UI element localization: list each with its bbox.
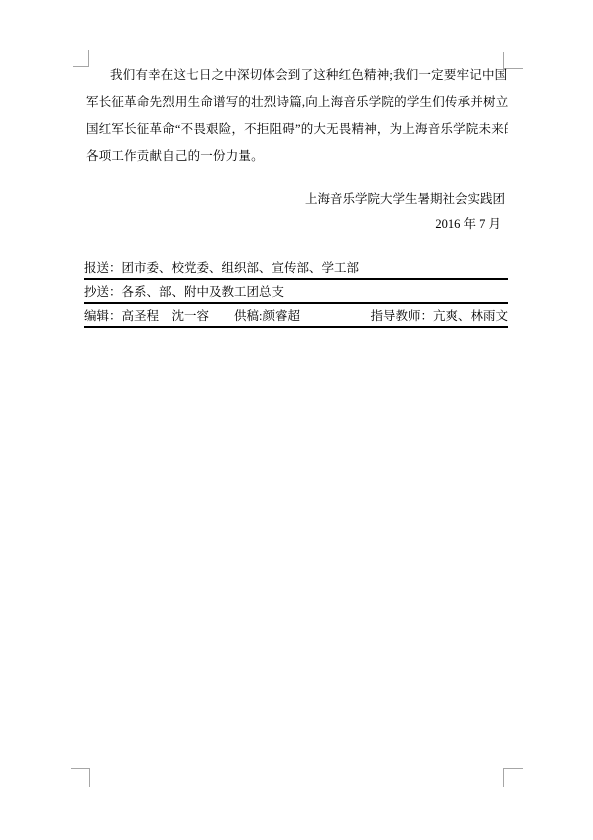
document-page: 我们有幸在这七日之中深切体会到了这种红色精神;我们一定要牢记中国红 军长征革命先… bbox=[0, 0, 593, 840]
editor-credits: 编辑：高圣程 沈一容 供稿:颜睿超 bbox=[84, 309, 300, 323]
body-paragraph: 我们有幸在这七日之中深切体会到了这种红色精神;我们一定要牢记中国红 军长征革命先… bbox=[86, 62, 508, 170]
crop-mark-bottom-right bbox=[503, 768, 523, 787]
crop-mark-bottom-left bbox=[71, 768, 90, 787]
paragraph-line: 我们有幸在这七日之中深切体会到了这种红色精神;我们一定要牢记中国红 bbox=[86, 62, 508, 89]
advisors: 指导教师：亢爽、林雨文 bbox=[370, 309, 508, 323]
copy-to-line: 抄送：各系、部、附中及教工团总支 bbox=[84, 285, 508, 304]
paragraph-line: 各项工作贡献自己的一份力量。 bbox=[86, 143, 508, 170]
signature-line: 上海音乐学院大学生暑期社会实践团 bbox=[86, 186, 505, 213]
paragraph-line: 国红军长征革命“不畏艰险，不拒阻碍”的大无畏精神，为上海音乐学院未来的 bbox=[86, 116, 508, 143]
date-line: 2016 年 7 月 bbox=[86, 211, 501, 238]
report-to-line: 报送：团市委、校党委、组织部、宣传部、学工部 bbox=[84, 261, 508, 280]
paragraph-line: 军长征革命先烈用生命谱写的壮烈诗篇,向上海音乐学院的学生们传承并树立中 bbox=[86, 89, 508, 116]
editor-line: 编辑：高圣程 沈一容 供稿:颜睿超 指导教师：亢爽、林雨文 bbox=[84, 309, 508, 328]
